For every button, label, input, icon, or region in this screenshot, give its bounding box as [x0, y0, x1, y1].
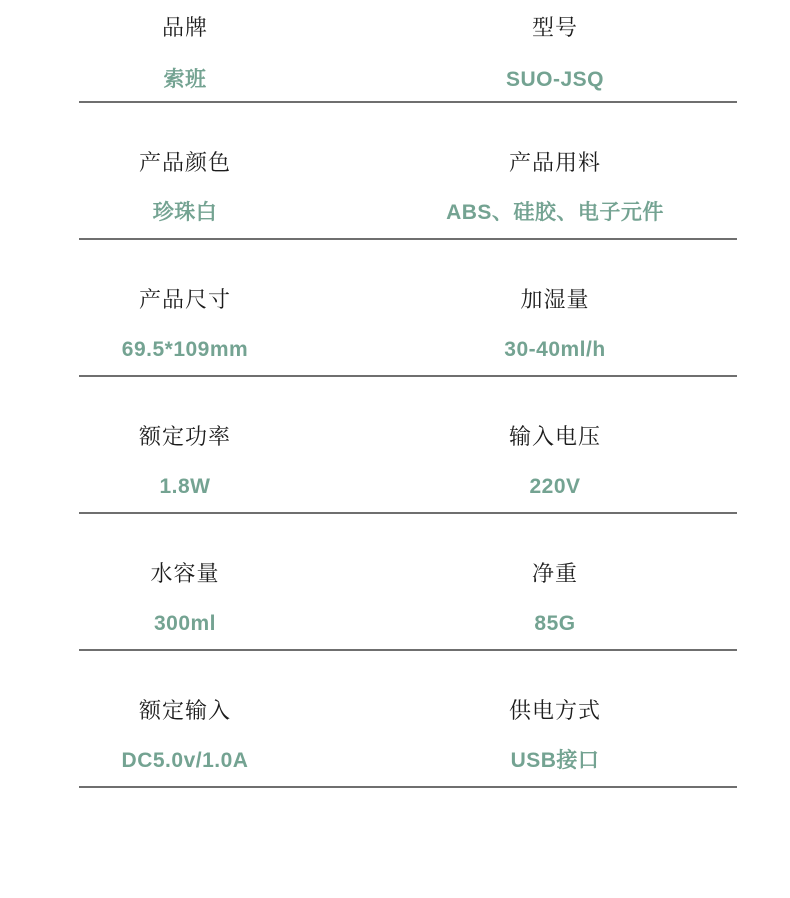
spec-label: 产品颜色 — [0, 151, 370, 175]
spec-label: 输入电压 — [370, 425, 740, 449]
spec-cell-right: 型号 SUO-JSQ — [370, 0, 740, 103]
spec-row: 产品颜色 珍珠白 产品用料 ABS、硅胶、电子元件 — [0, 103, 740, 240]
spec-value: DC5.0v/1.0A — [0, 749, 370, 773]
spec-value: 69.5*109mm — [0, 338, 370, 362]
spec-value: 220V — [370, 475, 740, 499]
spec-value: 300ml — [0, 612, 370, 636]
spec-cell-left: 水容量 300ml — [0, 514, 370, 651]
spec-value: 1.8W — [0, 475, 370, 499]
row-divider — [79, 786, 737, 788]
spec-value: 85G — [370, 612, 740, 636]
spec-cell-right: 产品用料 ABS、硅胶、电子元件 — [370, 103, 740, 240]
product-spec-sheet: 品牌 索班 型号 SUO-JSQ 产品颜色 珍珠白 产品用料 ABS、硅胶、电子… — [0, 0, 790, 898]
spec-value: USB接口 — [370, 749, 740, 773]
spec-cell-left: 额定输入 DC5.0v/1.0A — [0, 651, 370, 788]
spec-cell-left: 额定功率 1.8W — [0, 377, 370, 514]
spec-label: 水容量 — [0, 562, 370, 586]
spec-label: 供电方式 — [370, 699, 740, 723]
spec-value: ABS、硅胶、电子元件 — [370, 201, 740, 225]
spec-row: 额定输入 DC5.0v/1.0A 供电方式 USB接口 — [0, 651, 740, 788]
spec-label: 额定功率 — [0, 425, 370, 449]
spec-value: 珍珠白 — [0, 201, 370, 225]
spec-value: 30-40ml/h — [370, 338, 740, 362]
spec-cell-left: 产品尺寸 69.5*109mm — [0, 240, 370, 377]
spec-label: 额定输入 — [0, 699, 370, 723]
spec-row: 额定功率 1.8W 输入电压 220V — [0, 377, 740, 514]
spec-cell-right: 加湿量 30-40ml/h — [370, 240, 740, 377]
spec-cell-right: 供电方式 USB接口 — [370, 651, 740, 788]
spec-value: SUO-JSQ — [370, 68, 740, 92]
spec-cell-right: 输入电压 220V — [370, 377, 740, 514]
spec-table: 品牌 索班 型号 SUO-JSQ 产品颜色 珍珠白 产品用料 ABS、硅胶、电子… — [0, 0, 740, 788]
spec-label: 净重 — [370, 562, 740, 586]
spec-label: 型号 — [370, 16, 740, 40]
spec-row: 水容量 300ml 净重 85G — [0, 514, 740, 651]
spec-label: 产品尺寸 — [0, 288, 370, 312]
spec-row: 产品尺寸 69.5*109mm 加湿量 30-40ml/h — [0, 240, 740, 377]
spec-cell-left: 产品颜色 珍珠白 — [0, 103, 370, 240]
spec-cell-right: 净重 85G — [370, 514, 740, 651]
spec-label: 加湿量 — [370, 288, 740, 312]
spec-label: 品牌 — [0, 16, 370, 40]
spec-label: 产品用料 — [370, 151, 740, 175]
spec-row: 品牌 索班 型号 SUO-JSQ — [0, 0, 740, 103]
spec-value: 索班 — [0, 68, 370, 92]
spec-cell-left: 品牌 索班 — [0, 0, 370, 103]
